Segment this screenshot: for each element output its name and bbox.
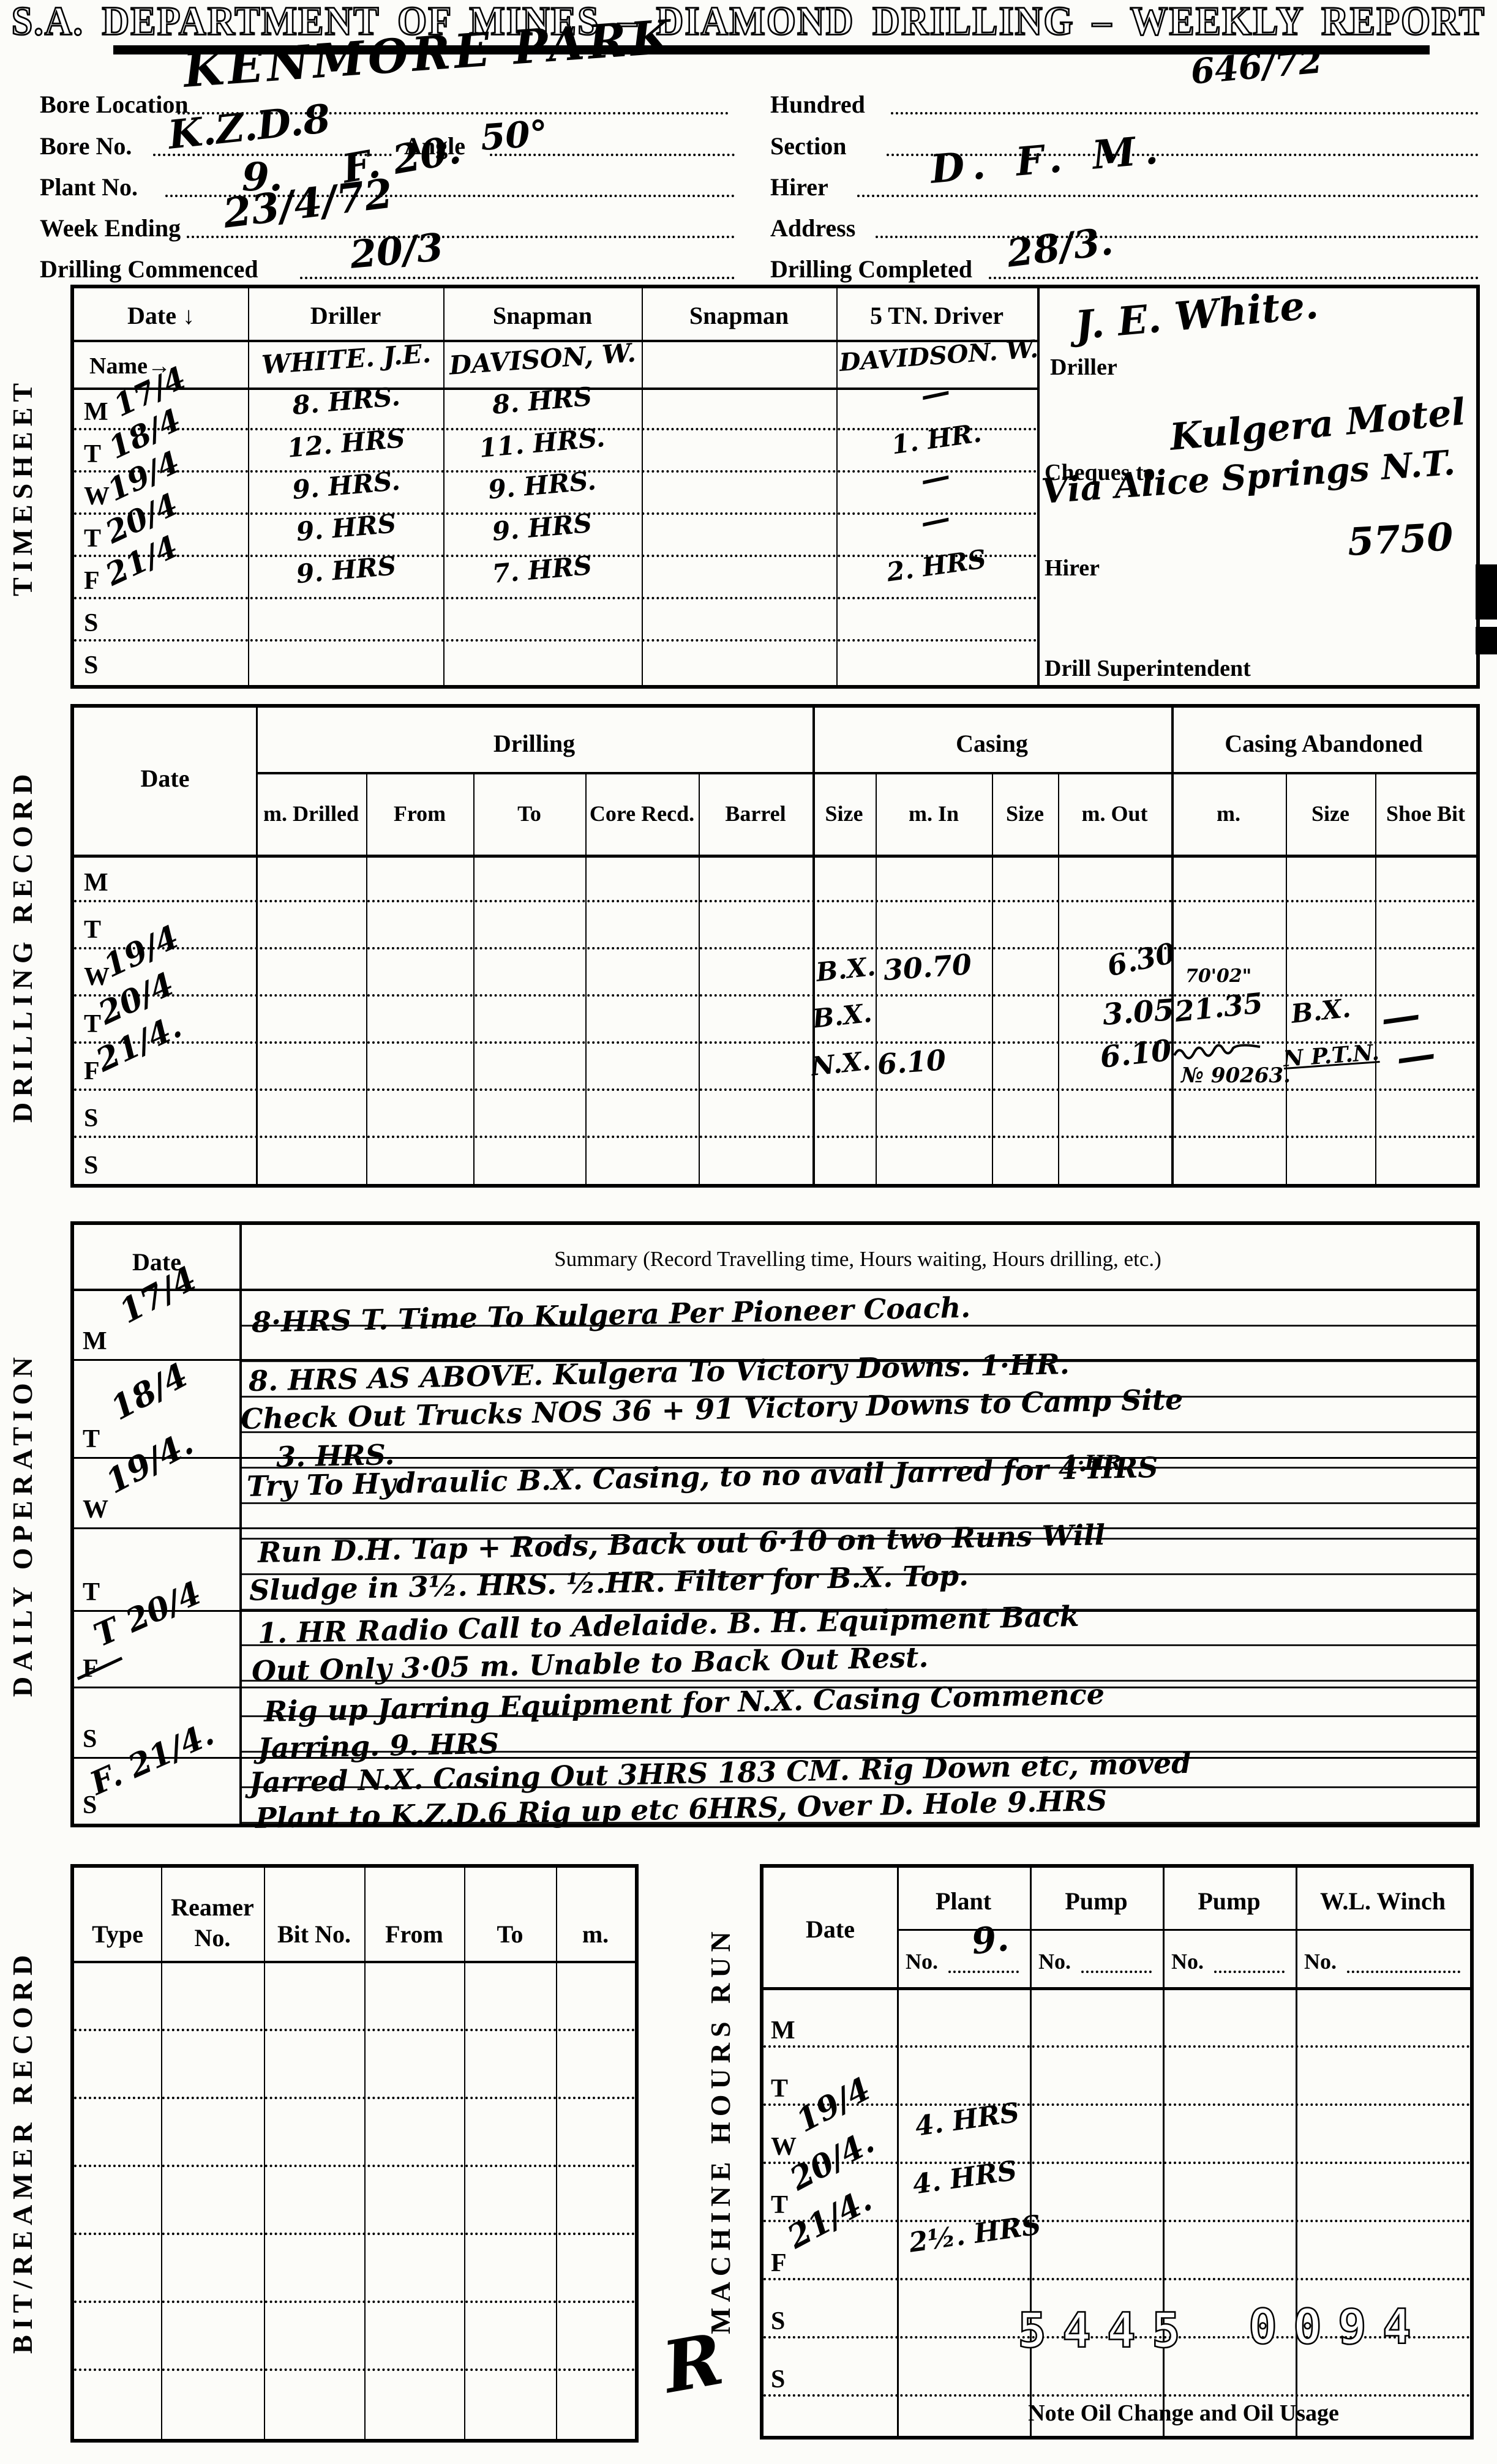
col-header-snapman-1: Snapman xyxy=(443,303,642,329)
casing-size-value: N.X. xyxy=(810,1048,872,1080)
casing-m-out-value: 6.30 xyxy=(1105,938,1177,980)
grid-line xyxy=(366,772,367,1184)
grid-line xyxy=(836,288,838,685)
illegible-scribble-mark xyxy=(1173,1043,1265,1062)
cheques-address-line-3: 5750 xyxy=(1346,518,1454,561)
col-header-reamer-no: Reamer No. xyxy=(167,1892,258,1953)
week-ending-label: Week Ending xyxy=(40,215,181,241)
plant-no-label: No. xyxy=(906,1950,938,1974)
snapman-hours: 8. HRS xyxy=(449,380,635,422)
oil-change-note: Note Oil Change and Oil Usage xyxy=(897,2402,1470,2426)
hundred-label: Hundred xyxy=(770,92,865,118)
col-header-from: From xyxy=(366,803,473,826)
date-col-header: Date xyxy=(74,1249,239,1275)
day-label: M xyxy=(771,2016,795,2045)
grid-line xyxy=(764,1987,1470,1990)
abandoned-m-value: 70'02" xyxy=(1185,967,1251,986)
grid-line xyxy=(897,1868,899,2436)
date-col-header: Date xyxy=(74,766,256,792)
plant-hours-value: 2½. HRS xyxy=(907,2212,1043,2257)
grid-line xyxy=(1058,772,1059,1184)
date-value: 21/4. xyxy=(783,2184,877,2254)
grid-line xyxy=(161,1868,162,2439)
grid-line xyxy=(74,340,1037,342)
timesheet-section-label: TIMESHEET xyxy=(6,303,39,670)
driller-name: WHITE. J.E. xyxy=(251,340,442,379)
day-label: S xyxy=(771,2307,785,2336)
col-header-to: To xyxy=(473,803,585,826)
col-header-m-drilled: m. Drilled xyxy=(256,803,366,826)
date-value: 19/4. xyxy=(100,1426,198,1499)
day-label: T xyxy=(84,1009,101,1039)
dotted-line xyxy=(74,2165,635,2167)
hirer-value: D. F. M. xyxy=(929,130,1168,189)
casing-m-out-value: 6.10 xyxy=(1098,1036,1172,1073)
pump-no-label: No. xyxy=(1171,1950,1204,1974)
scan-artifact xyxy=(1476,564,1497,620)
hirer-label: Hirer xyxy=(770,174,828,200)
day-label: T xyxy=(84,915,101,945)
day-label: M xyxy=(84,868,108,897)
day-label: F xyxy=(771,2249,787,2278)
grid-line xyxy=(585,772,587,1184)
dotted-line xyxy=(74,2301,635,2303)
date-value: 19/4 xyxy=(99,921,184,983)
bore-no-label: Bore No. xyxy=(40,133,132,159)
grid-line xyxy=(74,1961,635,1963)
bore-no-value: K.Z.D.8 xyxy=(167,99,332,155)
dotted-line xyxy=(74,900,1476,902)
dotted-line xyxy=(74,2233,635,2235)
col-header-bit-no: Bit No. xyxy=(264,1922,364,1947)
col-header-barrel: Barrel xyxy=(699,803,812,826)
day-label: W xyxy=(771,2132,797,2162)
date-value: F. 21/4. xyxy=(86,1718,218,1800)
dotted-line xyxy=(1347,1971,1460,1973)
drilling-record-table: Date Drilling Casing Casing Abandoned m.… xyxy=(70,704,1480,1188)
address-label: Address xyxy=(770,215,855,241)
dotted-line xyxy=(857,195,1479,197)
file-number-value: 646/72 xyxy=(1190,43,1324,89)
drilling-completed-value: 28/3. xyxy=(1005,222,1115,273)
casing-size-value: B.X. xyxy=(811,1000,873,1032)
dotted-line xyxy=(764,2394,1470,2397)
grid-line xyxy=(364,1868,366,2439)
dotted-line xyxy=(764,2045,1470,2048)
col-header-m-in: m. In xyxy=(876,803,992,826)
date-value: T 20/4 xyxy=(89,1577,206,1652)
timesheet-table: Date ↓ Driller Snapman Snapman 5 TN. Dri… xyxy=(70,285,1480,689)
dotted-line xyxy=(74,597,1037,599)
drilling-record-section-label: DRILLING RECORD xyxy=(6,670,39,1221)
col-header-m: m. xyxy=(556,1922,635,1947)
plant-no-value: 9. xyxy=(970,1920,1010,1960)
col-header-pump-1: Pump xyxy=(1030,1889,1163,1914)
col-header-from: From xyxy=(364,1922,464,1947)
panel-hirer-label: Hirer xyxy=(1045,556,1100,581)
col-header-abandoned-m: m. xyxy=(1171,803,1286,826)
dotted-line xyxy=(187,236,735,238)
summary-line: Jarring. 9. HRS xyxy=(258,1729,500,1762)
grid-line xyxy=(556,1868,557,2439)
day-label: T xyxy=(83,1578,100,1607)
grid-line xyxy=(443,288,445,685)
day-label: M xyxy=(84,397,108,427)
casing-size-value: B.X. xyxy=(815,954,877,986)
col-header-pump-2: Pump xyxy=(1163,1889,1296,1914)
shoe-bit-value: — xyxy=(1394,1034,1438,1078)
col-header-wl-winch: W.L. Winch xyxy=(1296,1889,1470,1914)
grid-line xyxy=(264,1868,265,2439)
abandoned-size-value: B.X. xyxy=(1290,995,1352,1027)
dotted-line xyxy=(74,947,1476,949)
day-label: T xyxy=(771,2074,788,2103)
angle-value: 50° xyxy=(479,115,549,155)
day-label: S xyxy=(771,2365,785,2394)
grid-line xyxy=(256,772,1476,774)
drilling-completed-label: Drilling Completed xyxy=(770,257,972,282)
drilling-commenced-label: Drilling Commenced xyxy=(40,257,258,282)
dotted-line xyxy=(74,639,1037,642)
casing-m-in-value: 6.10 xyxy=(876,1046,947,1079)
abandoned-m-value: № 90263. xyxy=(1181,1065,1291,1086)
driller-hours: 8. HRS. xyxy=(257,381,436,422)
day-label: S xyxy=(84,609,98,638)
dotted-line xyxy=(891,112,1479,114)
section-label: Section xyxy=(770,133,846,159)
dotted-line xyxy=(74,1088,1476,1091)
dotted-line xyxy=(300,277,735,279)
col-header-to: To xyxy=(464,1922,556,1947)
grid-line xyxy=(1375,772,1376,1184)
date-value: 20/4. xyxy=(786,2126,879,2196)
page-title: S.A. DEPARTMENT OF MINES – DIAMOND DRILL… xyxy=(0,0,1497,45)
summary-line: 3. HRS. xyxy=(276,1440,395,1471)
drilling-commenced-value: 20/3 xyxy=(348,228,445,274)
day-label: M xyxy=(83,1327,107,1356)
dotted-line xyxy=(764,2220,1470,2222)
col-header-date: Date ↓ xyxy=(74,303,248,329)
bit-reamer-section-label: BIT/REAMER RECORD xyxy=(6,1861,39,2443)
day-label: T xyxy=(84,524,101,553)
hour-meter-counter-left: 5445 xyxy=(1018,2304,1196,2359)
dotted-line xyxy=(74,1041,1476,1044)
col-header-driller: Driller xyxy=(248,303,443,329)
grid-line xyxy=(699,772,700,1184)
winch-no-label: No. xyxy=(1304,1950,1337,1974)
day-label: S xyxy=(84,1151,98,1180)
dotted-line xyxy=(1214,1971,1285,1973)
day-label: F xyxy=(84,566,100,596)
driller-signature: J. E. White. xyxy=(1073,285,1320,345)
daily-operation-section-label: DAILY OPERATION xyxy=(6,1249,39,1800)
dotted-line xyxy=(1081,1971,1152,1973)
col-header-driver: 5 TN. Driver xyxy=(836,303,1037,329)
dotted-line xyxy=(74,994,1476,997)
grid-line xyxy=(256,708,258,1184)
day-label: T xyxy=(84,440,101,469)
daily-operation-table: Date Summary (Record Travelling time, Ho… xyxy=(70,1221,1480,1827)
casing-m-in-value: 30.70 xyxy=(882,950,972,984)
abandoned-size-value: N P.T.N. xyxy=(1283,1041,1380,1070)
snapman-name: DAVISON, W. xyxy=(446,340,640,379)
plant-no-label: Plant No. xyxy=(40,174,138,200)
scan-artifact xyxy=(1476,627,1497,654)
col-header-snapman-2: Snapman xyxy=(642,303,836,329)
dotted-line xyxy=(764,2278,1470,2280)
col-header-core-recd: Core Recd. xyxy=(585,803,699,826)
col-header-m-out: m. Out xyxy=(1058,803,1171,826)
day-label: W xyxy=(83,1495,108,1524)
drill-superintendent-label: Drill Superintendent xyxy=(1045,657,1251,681)
day-label: S xyxy=(84,1104,98,1133)
day-label: S xyxy=(83,1791,97,1820)
handwritten-initial-mark: R xyxy=(658,2324,728,2403)
day-label: S xyxy=(84,651,98,680)
dotted-line xyxy=(764,2162,1470,2164)
grid-line xyxy=(74,855,1476,858)
date-value: 18/4 xyxy=(105,1358,192,1425)
machine-hours-table: Date Plant Pump Pump W.L. Winch No. No. … xyxy=(760,1864,1474,2440)
cheques-address-line-2: Via Alice Springs N.T. xyxy=(1040,446,1456,509)
group-header-casing-abandoned: Casing Abandoned xyxy=(1171,731,1476,757)
col-header-abandoned-size: Size xyxy=(1286,803,1375,826)
dotted-line xyxy=(989,277,1479,279)
dotted-line xyxy=(74,1136,1476,1138)
casing-m-out-value: 3.05 xyxy=(1101,995,1175,1030)
grid-line xyxy=(464,1868,465,2439)
col-header-plant: Plant xyxy=(897,1889,1030,1914)
grid-line xyxy=(1286,772,1287,1184)
grid-line xyxy=(992,772,993,1184)
day-label: T xyxy=(771,2190,788,2220)
day-label: S xyxy=(83,1724,97,1754)
grid-line xyxy=(473,772,475,1184)
col-header-type: Type xyxy=(74,1922,161,1947)
weekly-report-form: S.A. DEPARTMENT OF MINES – DIAMOND DRILL… xyxy=(0,0,1497,2464)
abandoned-m-value: 21.35 xyxy=(1174,989,1264,1026)
pump-no-label: No. xyxy=(1038,1950,1071,1974)
group-header-casing: Casing xyxy=(812,731,1171,757)
day-label: W xyxy=(84,482,110,511)
col-header-size: Size xyxy=(812,803,876,826)
dotted-line xyxy=(74,2029,635,2031)
col-header-shoe-bit: Shoe Bit xyxy=(1375,803,1476,826)
dotted-line xyxy=(876,236,1479,238)
grid-line xyxy=(248,288,249,685)
grid-line xyxy=(812,708,815,1184)
date-col-header: Date xyxy=(764,1917,897,1942)
group-header-drilling: Drilling xyxy=(256,731,812,757)
day-label: T xyxy=(83,1425,100,1454)
dotted-line xyxy=(74,2097,635,2099)
grid-line xyxy=(642,288,643,685)
bit-reamer-table: Type Reamer No. Bit No. From To m. xyxy=(70,1864,639,2443)
col-header-size: Size xyxy=(992,803,1058,826)
summary-col-header: Summary (Record Travelling time, Hours w… xyxy=(239,1248,1476,1271)
panel-driller-label: Driller xyxy=(1050,356,1117,380)
dotted-line xyxy=(948,1971,1019,1973)
dotted-line xyxy=(74,2369,635,2371)
hour-meter-counter-right: 0094 xyxy=(1248,2300,1427,2355)
